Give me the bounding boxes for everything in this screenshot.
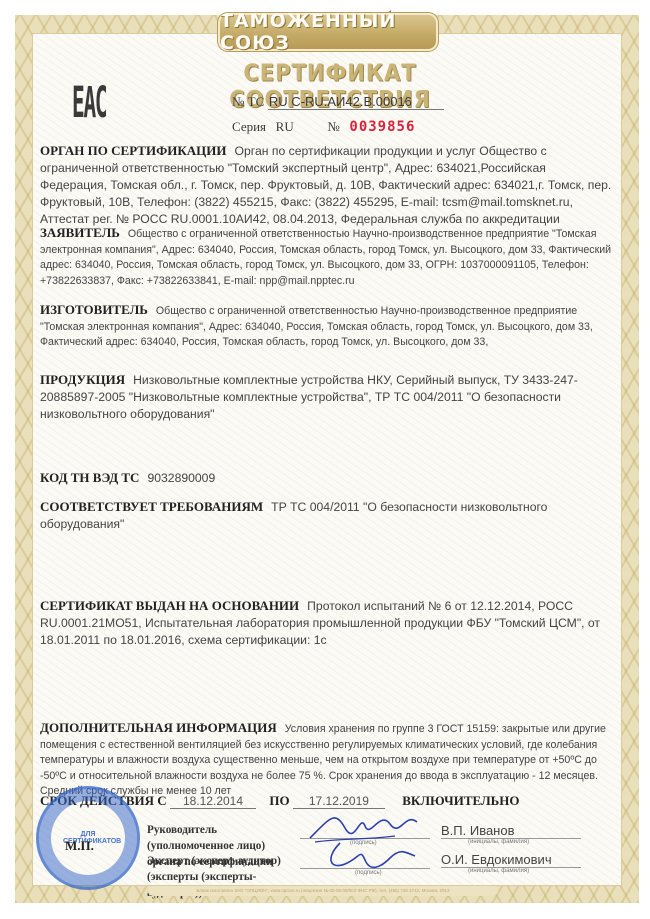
blank-print-info: Бланк изготовлен ЗАО "ОПЦИОН", www.opcio… bbox=[148, 886, 498, 896]
head-name: В.П. Иванов bbox=[441, 823, 581, 839]
section-heading: ДОПОЛНИТЕЛЬНАЯ ИНФОРМАЦИЯ bbox=[40, 720, 277, 735]
validity-date-from: 18.12.2014 bbox=[170, 794, 256, 809]
banner-text: ТАМОЖЕННЫЙ СОЮЗ bbox=[220, 10, 436, 54]
series-line: Серия RU № 0039856 bbox=[232, 119, 415, 135]
expert-signature-icon bbox=[320, 838, 420, 874]
section-product: ПРОДУКЦИЯНизковольтные комплектные устро… bbox=[40, 371, 612, 423]
section-conformity: СООТВЕТСТВУЕТ ТРЕБОВАНИЯМТР ТС 004/2011 … bbox=[40, 498, 612, 533]
head-name-caption: (инициалы, фамилия) bbox=[468, 839, 529, 845]
section-heading: СООТВЕТСТВУЕТ ТРЕБОВАНИЯМ bbox=[40, 499, 263, 514]
seal-place-label: М.П. bbox=[65, 838, 94, 854]
validity-date-to: 17.12.2019 bbox=[293, 794, 385, 809]
blank-number: 0039856 bbox=[349, 119, 415, 135]
section-applicant: ЗАЯВИТЕЛЬОбщество с ограниченной ответст… bbox=[40, 225, 612, 289]
eac-mark-icon: EAC bbox=[72, 78, 106, 128]
section-text: 9032890009 bbox=[147, 471, 215, 485]
section-heading: ОРГАН ПО СЕРТИФИКАЦИИ bbox=[40, 143, 227, 158]
section-additional: ДОПОЛНИТЕЛЬНАЯ ИНФОРМАЦИЯУсловия хранени… bbox=[40, 720, 612, 800]
section-heading: ПРОДУКЦИЯ bbox=[40, 372, 125, 387]
section-heading: СЕРТИФИКАТ ВЫДАН НА ОСНОВАНИИ bbox=[40, 598, 299, 613]
cert-number-label: № ТС bbox=[232, 94, 264, 109]
cert-number-value: RU C-RU.АИ42.В.00016 bbox=[268, 94, 444, 110]
section-heading: ИЗГОТОВИТЕЛЬ bbox=[40, 302, 148, 317]
section-heading: КОД ТН ВЭД ТС bbox=[40, 470, 139, 485]
section-text: Общество с ограниченной ответственностью… bbox=[40, 228, 611, 287]
expert-name: О.И. Евдокимович bbox=[441, 852, 581, 868]
blank-number-label: № bbox=[327, 119, 339, 134]
expert-name-caption: (инициалы, фамилия) bbox=[468, 868, 529, 874]
series-value: RU bbox=[276, 119, 294, 134]
section-hs-code: КОД ТН ВЭД ТС9032890009 bbox=[40, 469, 612, 487]
series-label: Серия bbox=[232, 119, 266, 134]
validity-inclusive-label: ВКЛЮЧИТЕЛЬНО bbox=[402, 793, 519, 808]
section-manufacturer: ИЗГОТОВИТЕЛЬОбщество с ограниченной отве… bbox=[40, 302, 612, 351]
customs-union-banner: ТАМОЖЕННЫЙ СОЮЗ bbox=[218, 13, 438, 51]
section-basis: СЕРТИФИКАТ ВЫДАН НА ОСНОВАНИИПротокол ис… bbox=[40, 597, 612, 649]
certificate-number: № ТС RU C-RU.АИ42.В.00016 bbox=[232, 94, 444, 110]
section-cert-body: ОРГАН ПО СЕРТИФИКАЦИИОрган по сертификац… bbox=[40, 142, 612, 228]
validity-to-label: ПО bbox=[269, 793, 289, 808]
section-heading: ЗАЯВИТЕЛЬ bbox=[40, 225, 120, 240]
